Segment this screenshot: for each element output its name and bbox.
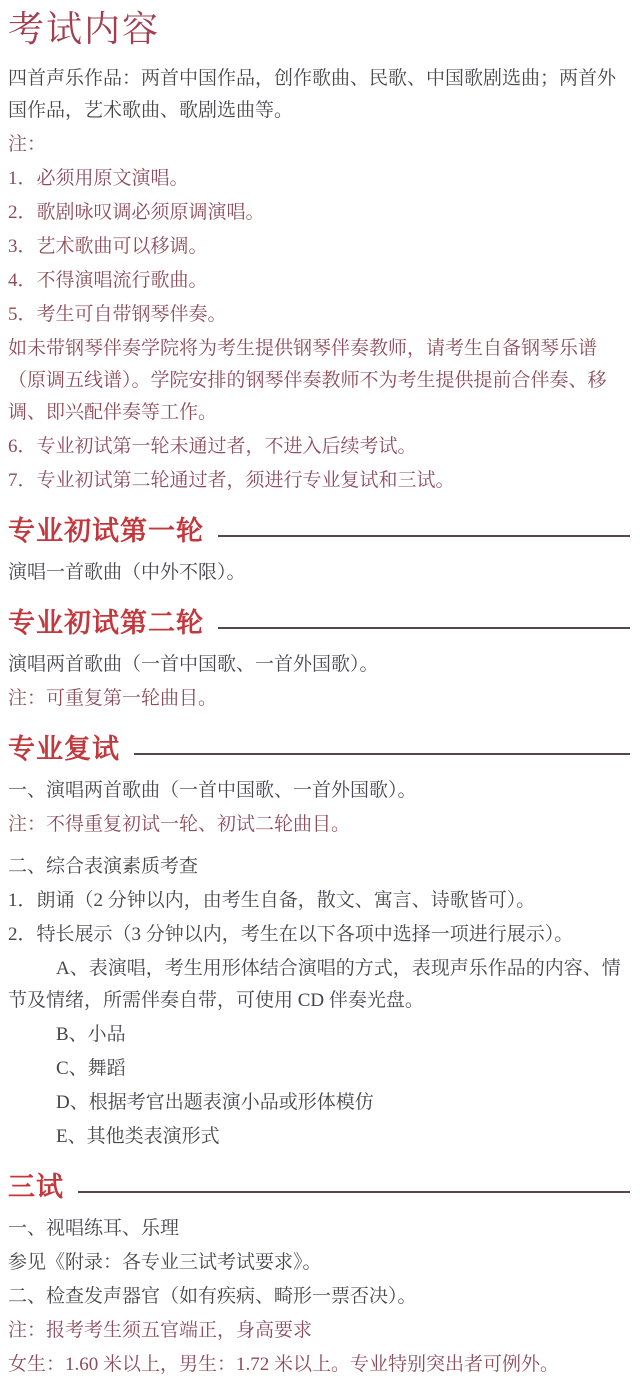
intro-paragraph: 四首声乐作品：两首中国作品，创作歌曲、民歌、中国歌剧选曲；两首外国作品，艺术歌曲… (8, 63, 630, 127)
section-divider-line (218, 535, 630, 537)
retest-option-b: B、小品 (8, 1019, 630, 1051)
retest-item-2: 二、综合表演素质考查 (8, 851, 630, 883)
note-item-4: 4．不得演唱流行歌曲。 (8, 265, 630, 297)
retest-option-d: D、根据考官出题表演小品或形体模仿 (8, 1087, 630, 1119)
section-title-preliminary-round1: 专业初试第一轮 (8, 513, 204, 549)
third-test-note-line-2: 女生：1.60 米以上，男生：1.72 米以上。专业特别突出者可例外。 (8, 1349, 630, 1381)
section-title-third-test: 三试 (8, 1169, 64, 1205)
page-title: 考试内容 (8, 6, 630, 51)
round2-body-line: 演唱两首歌曲（一首中国歌、一首外国歌）。 (8, 649, 630, 681)
third-test-note-line-1: 注：报考考生须五官端正，身高要求 (8, 1315, 630, 1347)
retest-item-1: 一、演唱两首歌曲（一首中国歌、一首外国歌）。 (8, 775, 630, 807)
section-header-third-test: 三试 (8, 1169, 630, 1205)
section-header-preliminary-round1: 专业初试第一轮 (8, 513, 630, 549)
section-header-retest: 专业复试 (8, 731, 630, 767)
note-item-6: 6．专业初试第一轮未通过者，不进入后续考试。 (8, 431, 630, 463)
retest-option-a: A、表演唱，考生用形体结合演唱的方式，表现声乐作品的内容、情节及情绪，所需伴奏自… (8, 953, 630, 1017)
retest-note: 注：不得重复初试一轮、初试二轮曲目。 (8, 809, 630, 841)
note-item-3: 3．艺术歌曲可以移调。 (8, 231, 630, 263)
retest-sub-item-2: 2．特长展示（3 分钟以内，考生在以下各项中选择一项进行展示）。 (8, 919, 630, 951)
section-divider-line (134, 753, 630, 755)
round2-note: 注：可重复第一轮曲目。 (8, 683, 630, 715)
section-title-retest: 专业复试 (8, 731, 120, 767)
third-test-item-2: 二、检查发声器官（如有疾病、畸形一票否决）。 (8, 1281, 630, 1313)
retest-sub-item-1: 1．朗诵（2 分钟以内，由考生自备，散文、寓言、诗歌皆可）。 (8, 885, 630, 917)
retest-option-c: C、舞蹈 (8, 1053, 630, 1085)
note-item-7: 7．专业初试第二轮通过者，须进行专业复试和三试。 (8, 465, 630, 497)
section-title-preliminary-round2: 专业初试第二轮 (8, 605, 204, 641)
third-test-reference: 参见《附录：各专业三试考试要求》。 (8, 1247, 630, 1279)
round1-body-line: 演唱一首歌曲（中外不限）。 (8, 557, 630, 589)
note-label: 注： (8, 129, 630, 161)
section-divider-line (218, 627, 630, 629)
note-item-1: 1．必须用原文演唱。 (8, 163, 630, 195)
note-item-5: 5．考生可自带钢琴伴奏。 (8, 299, 630, 331)
piano-accompaniment-paragraph: 如未带钢琴伴奏学院将为考生提供钢琴伴奏教师，请考生自备钢琴乐谱（原调五线谱）。学… (8, 333, 630, 429)
section-header-preliminary-round2: 专业初试第二轮 (8, 605, 630, 641)
section-divider-line (78, 1191, 630, 1193)
third-test-item-1: 一、视唱练耳、乐理 (8, 1213, 630, 1245)
article-page: 考试内容 四首声乐作品：两首中国作品，创作歌曲、民歌、中国歌剧选曲；两首外国作品… (0, 0, 640, 1397)
note-item-2: 2．歌剧咏叹调必须原调演唱。 (8, 197, 630, 229)
retest-option-e: E、其他类表演形式 (8, 1121, 630, 1153)
